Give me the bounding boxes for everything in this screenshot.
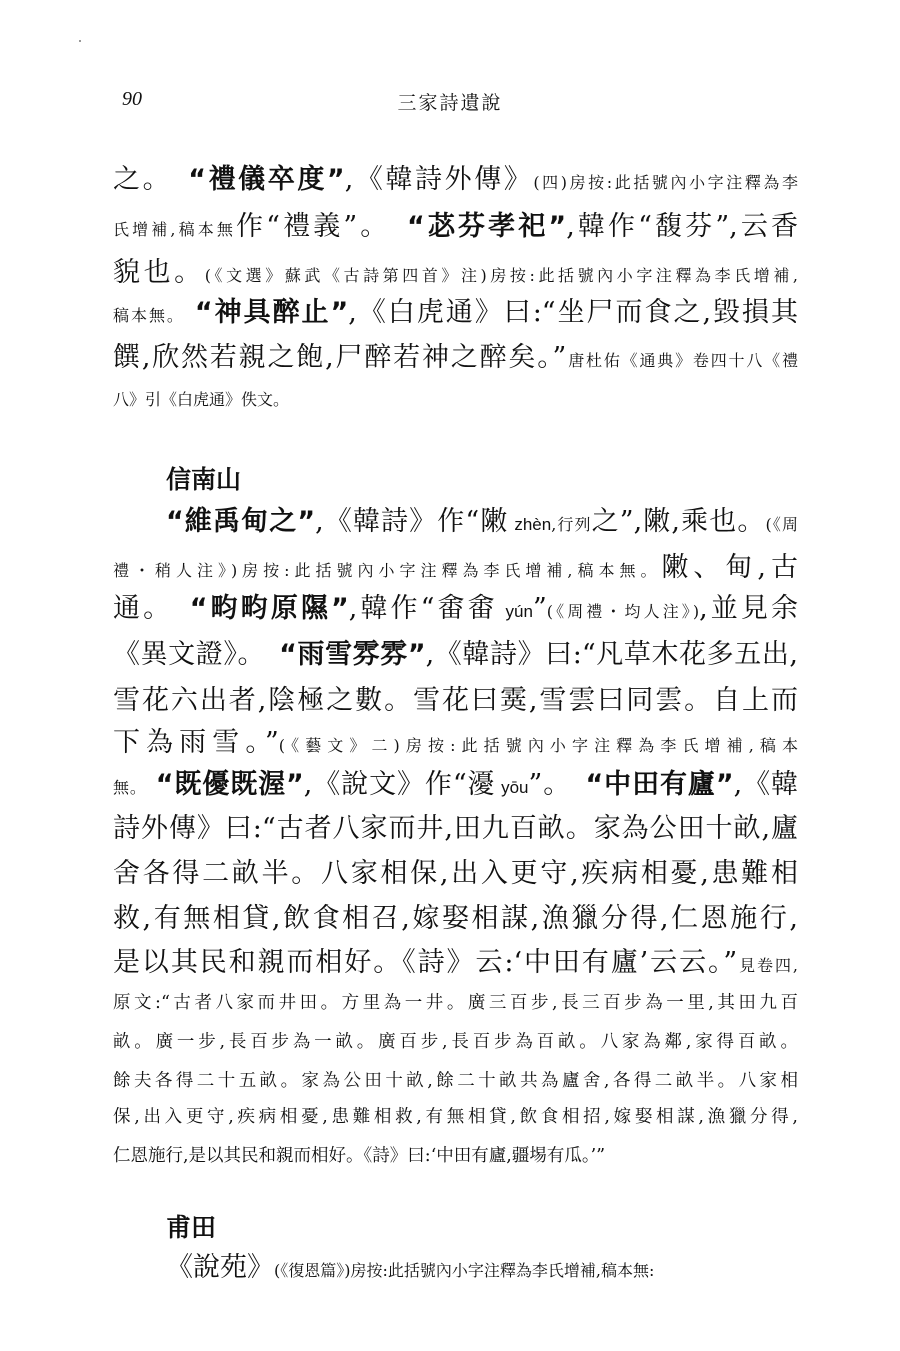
text-line: 禮・稍人注》)房按:此括號內小字注釋為李氏增補,稿本無。敶、甸,古 bbox=[113, 551, 798, 588]
text-line: 是以其民和親而相好。《詩》云:‘中田有廬’云云。”見卷四, bbox=[113, 946, 798, 983]
running-title: 三家詩遺說 bbox=[0, 88, 900, 115]
note-line: 仁恩施行,是以其民和親而相好。《詩》曰:‘中田有廬,疆埸有瓜。’” bbox=[113, 1144, 798, 1168]
text-line: 《異文證》。 “雨雪雰雰”,《韓詩》曰:“凡草木花多五出, bbox=[113, 638, 798, 672]
note-line: 保,出入更守,疾病相憂,患難相救,有無相貸,飲食相招,嫁娶相謀,漁獵分得, bbox=[113, 1105, 798, 1129]
section-title: 信南山 bbox=[166, 460, 241, 496]
text-line: 下為雨雪。”(《藝文》二)房按:此括號內小字注釋為李氏增補,稿本 bbox=[113, 726, 798, 763]
text-line: 無。 “既優既渥”,《說文》作“瀀 yōu”。 “中田有廬”,《韓 bbox=[113, 768, 798, 805]
text-line: 通。 “畇畇原隰”,韓作“畬畬 yún”(《周禮・均人注》),並見余 bbox=[113, 592, 798, 629]
section-title: 甫田 bbox=[166, 1208, 216, 1244]
note-line: 原文:“古者八家而井田。方里為一井。廣三百步,長三百步為一里,其田九百 bbox=[113, 991, 798, 1015]
text-line: 救,有無相貸,飲食相召,嫁娶相謀,漁獵分得,仁恩施行, bbox=[113, 902, 798, 936]
text-line: 氏增補,稿本無作“禮義”。 “苾芬孝祀”,韓作“馥芬”,云香 bbox=[113, 210, 798, 247]
note-line: 餘夫各得二十五畝。家為公田十畝,餘二十畝共為廬舍,各得二畝半。八家相 bbox=[113, 1069, 798, 1093]
text-line: 饌,欣然若親之飽,尸醉若神之醉矣。”唐杜佑《通典》卷四十八《禮 bbox=[113, 341, 798, 378]
text-line: “維禹甸之”,《韓詩》作“敶 zhèn,行列之”,敶,乘也。(《周 bbox=[166, 505, 798, 542]
text-line: 詩外傳》曰:“古者八家而井,田九百畝。家為公田十畝,廬 bbox=[113, 812, 798, 846]
text-line: 之。 “禮儀卒度”,《韓詩外傳》(四)房按:此括號內小字注釋為李 bbox=[113, 163, 798, 200]
text-line: 雪花六出者,陰極之數。雪花曰霙,雪雲曰同雲。自上而 bbox=[113, 684, 798, 718]
note-line: 畝。廣一步,長百步為一畝。廣百步,長百步為百畝。八家為鄰,家得百畝。 bbox=[113, 1030, 798, 1054]
text-line: 八》引《白虎通》佚文。 bbox=[113, 380, 798, 417]
text-line: 稿本無。 “神具醉止”,《白虎通》曰:“坐尸而食之,毀損其 bbox=[113, 296, 798, 333]
scan-speck bbox=[79, 40, 81, 42]
text-line: 《說苑》(《復恩篇》)房按:此括號內小字注釋為李氏增補,稿本無: bbox=[166, 1251, 798, 1288]
text-line: 貌也。(《文選》蘇武《古詩第四首》注)房按:此括號內小字注釋為李氏增補, bbox=[113, 256, 798, 293]
text-line: 舍各得二畝半。八家相保,出入更守,疾病相憂,患難相 bbox=[113, 857, 798, 891]
